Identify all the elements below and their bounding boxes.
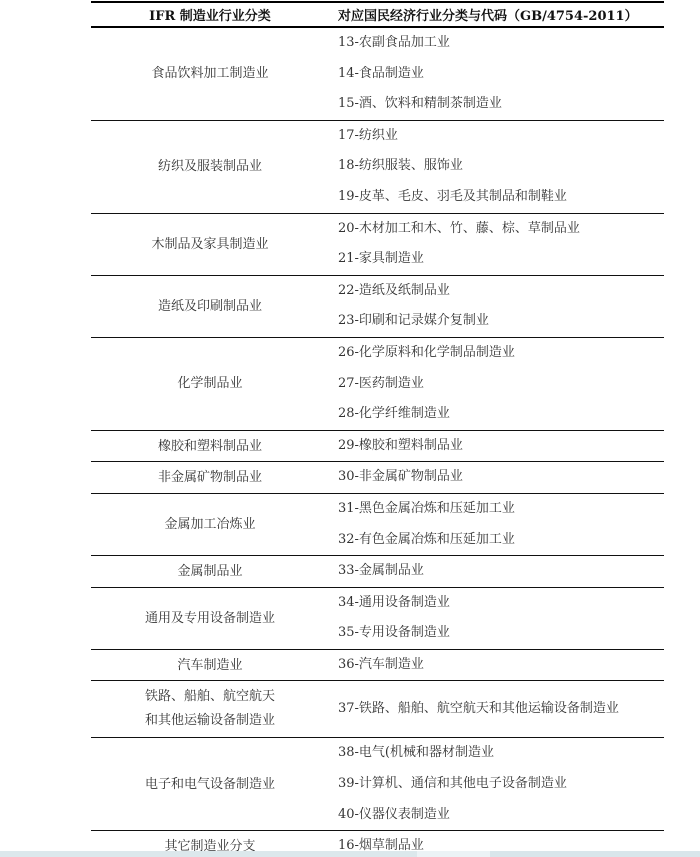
table-header: IFR 制造业行业分类 对应国民经济行业分类与代码（GB/4754-2011）	[91, 2, 664, 27]
strip-segment	[490, 851, 700, 857]
gb-code: 26-化学原料和化学制品制造业	[338, 338, 664, 369]
gb-codes-cell: 36-汽车制造业	[329, 649, 664, 681]
ifr-category-cell: 橡胶和塑料制品业	[91, 430, 329, 462]
ifr-category-cell: 化学制品业	[91, 337, 329, 430]
ifr-category-line: 铁路、船舶、航空航天	[91, 685, 329, 709]
gb-code: 18-纺织服装、服饰业	[338, 151, 664, 182]
gb-code: 17-纺织业	[338, 121, 664, 152]
ifr-category-cell: 铁路、船舶、航空航天 和其他运输设备制造业	[91, 681, 329, 738]
table-row: 电子和电气设备制造业 38-电气(机械和器材制造业 39-计算机、通信和其他电子…	[91, 738, 664, 831]
gb-code: 39-计算机、通信和其他电子设备制造业	[338, 769, 664, 800]
header-row: IFR 制造业行业分类 对应国民经济行业分类与代码（GB/4754-2011）	[91, 2, 664, 27]
table-row: 化学制品业 26-化学原料和化学制品制造业 27-医药制造业 28-化学纤维制造…	[91, 337, 664, 430]
table-row: 非金属矿物制品业 30-非金属矿物制品业	[91, 462, 664, 494]
gb-code: 36-汽车制造业	[338, 650, 664, 681]
gb-code: 40-仪器仪表制造业	[338, 800, 664, 831]
ifr-category-cell: 纺织及服装制品业	[91, 120, 329, 213]
table-row: 通用及专用设备制造业 34-通用设备制造业 35-专用设备制造业	[91, 587, 664, 649]
ifr-category-cell: 金属制品业	[91, 556, 329, 588]
ifr-category-cell: 汽车制造业	[91, 649, 329, 681]
table-row: 金属制品业 33-金属制品业	[91, 556, 664, 588]
gb-codes-cell: 29-橡胶和塑料制品业	[329, 430, 664, 462]
gb-codes-cell: 31-黑色金属冶炼和压延加工业 32-有色金属冶炼和压延加工业	[329, 493, 664, 555]
gb-code: 19-皮革、毛皮、羽毛及其制品和制鞋业	[338, 182, 664, 213]
bottom-background-strip	[0, 851, 700, 857]
ifr-category-cell: 木制品及家具制造业	[91, 213, 329, 275]
gb-code: 29-橡胶和塑料制品业	[338, 431, 664, 462]
gb-code: 32-有色金属冶炼和压延加工业	[338, 525, 664, 556]
gb-code: 21-家具制造业	[338, 244, 664, 275]
gb-code: 33-金属制品业	[338, 556, 664, 587]
ifr-category-line: 和其他运输设备制造业	[91, 709, 329, 733]
table-row: 造纸及印刷制品业 22-造纸及纸制品业 23-印刷和记录媒介复制业	[91, 275, 664, 337]
gb-code: 38-电气(机械和器材制造业	[338, 738, 664, 769]
table-row: 食品饮料加工制造业 13-农副食品加工业 14-食品制造业 15-酒、饮料和精制…	[91, 27, 664, 120]
gb-code: 30-非金属矿物制品业	[338, 462, 664, 493]
gb-code: 13-农副食品加工业	[338, 28, 664, 59]
header-gb-category: 对应国民经济行业分类与代码（GB/4754-2011）	[329, 2, 664, 27]
ifr-category-cell: 非金属矿物制品业	[91, 462, 329, 494]
gb-code: 28-化学纤维制造业	[338, 399, 664, 430]
gb-codes-cell: 20-木材加工和木、竹、藤、棕、草制品业 21-家具制造业	[329, 213, 664, 275]
gb-codes-cell: 26-化学原料和化学制品制造业 27-医药制造业 28-化学纤维制造业	[329, 337, 664, 430]
gb-code: 14-食品制造业	[338, 59, 664, 90]
gb-code: 31-黑色金属冶炼和压延加工业	[338, 494, 664, 525]
header-ifr-category: IFR 制造业行业分类	[91, 2, 329, 27]
gb-code: 35-专用设备制造业	[338, 618, 664, 649]
gb-code: 34-通用设备制造业	[338, 588, 664, 619]
gb-code: 37-铁路、船舶、航空航天和其他运输设备制造业	[338, 694, 664, 725]
gb-codes-cell: 17-纺织业 18-纺织服装、服饰业 19-皮革、毛皮、羽毛及其制品和制鞋业	[329, 120, 664, 213]
gb-code: 20-木材加工和木、竹、藤、棕、草制品业	[338, 214, 664, 245]
gb-code: 27-医药制造业	[338, 369, 664, 400]
ifr-category-cell: 电子和电气设备制造业	[91, 738, 329, 831]
table-row: 纺织及服装制品业 17-纺织业 18-纺织服装、服饰业 19-皮革、毛皮、羽毛及…	[91, 120, 664, 213]
gb-codes-cell: 37-铁路、船舶、航空航天和其他运输设备制造业	[329, 681, 664, 738]
table-row: 铁路、船舶、航空航天 和其他运输设备制造业 37-铁路、船舶、航空航天和其他运输…	[91, 681, 664, 738]
table-body: 食品饮料加工制造业 13-农副食品加工业 14-食品制造业 15-酒、饮料和精制…	[91, 27, 664, 857]
gb-codes-cell: 22-造纸及纸制品业 23-印刷和记录媒介复制业	[329, 275, 664, 337]
ifr-category-cell: 通用及专用设备制造业	[91, 587, 329, 649]
gb-codes-cell: 33-金属制品业	[329, 556, 664, 588]
gb-code: 23-印刷和记录媒介复制业	[338, 306, 664, 337]
ifr-category-cell: 食品饮料加工制造业	[91, 27, 329, 120]
gb-code: 22-造纸及纸制品业	[338, 276, 664, 307]
strip-segment	[0, 851, 417, 857]
table-row: 金属加工冶炼业 31-黑色金属冶炼和压延加工业 32-有色金属冶炼和压延加工业	[91, 493, 664, 555]
industry-classification-table: IFR 制造业行业分类 对应国民经济行业分类与代码（GB/4754-2011） …	[91, 1, 664, 857]
gb-codes-cell: 13-农副食品加工业 14-食品制造业 15-酒、饮料和精制茶制造业	[329, 27, 664, 120]
ifr-category-cell: 金属加工冶炼业	[91, 493, 329, 555]
strip-segment	[417, 851, 490, 857]
gb-codes-cell: 30-非金属矿物制品业	[329, 462, 664, 494]
table-row: 汽车制造业 36-汽车制造业	[91, 649, 664, 681]
ifr-category-cell: 造纸及印刷制品业	[91, 275, 329, 337]
table-row: 木制品及家具制造业 20-木材加工和木、竹、藤、棕、草制品业 21-家具制造业	[91, 213, 664, 275]
gb-code: 15-酒、饮料和精制茶制造业	[338, 89, 664, 120]
gb-codes-cell: 34-通用设备制造业 35-专用设备制造业	[329, 587, 664, 649]
industry-classification-table-container: IFR 制造业行业分类 对应国民经济行业分类与代码（GB/4754-2011） …	[91, 1, 664, 857]
table-row: 橡胶和塑料制品业 29-橡胶和塑料制品业	[91, 430, 664, 462]
gb-codes-cell: 38-电气(机械和器材制造业 39-计算机、通信和其他电子设备制造业 40-仪器…	[329, 738, 664, 831]
